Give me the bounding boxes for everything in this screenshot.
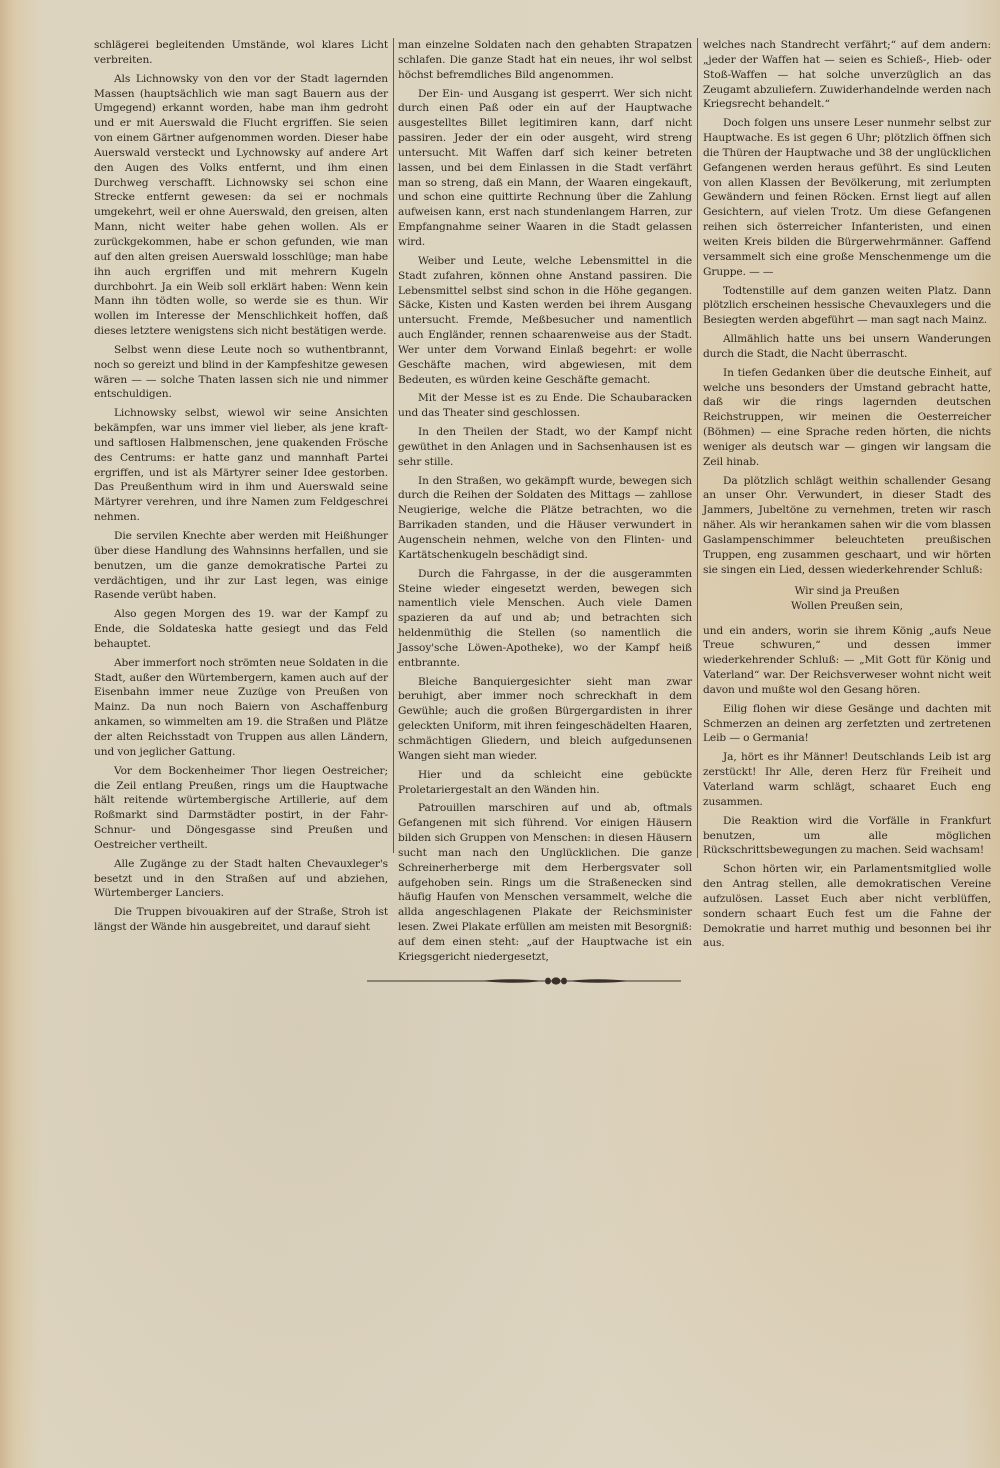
paragraph: Als Lichnowsky von den vor der Stadt lag… [94,72,388,339]
ornamental-rule-icon [365,975,683,987]
paragraph: Schon hörten wir, ein Parlamentsmitglied… [703,862,991,951]
paragraph: Lichnowsky selbst, wiewol wir seine Ansi… [94,406,388,525]
paragraph: welches nach Standrecht verfährt;“ auf d… [703,38,991,112]
paragraph: Allmählich hatte uns bei unsern Wanderun… [703,332,991,362]
paragraph: Doch folgen uns unsere Leser nunmehr sel… [703,116,991,279]
paragraph: Aber immerfort noch strömten neue Soldat… [94,656,388,760]
paragraph: Bleiche Banquiergesichter sieht man zwar… [398,675,692,764]
paragraph: man einzelne Soldaten nach den gehabten … [398,38,692,83]
paragraph: Patrouillen marschiren auf und ab, oftma… [398,801,692,964]
verse-line: Wollen Preußen sein, [703,599,991,614]
column-2: man einzelne Soldaten nach den gehabten … [398,38,692,969]
column-divider-2 [697,38,698,858]
paragraph: Die Reaktion wird die Vorfälle in Frankf… [703,814,991,859]
paragraph: und ein anders, worin sie ihrem König „a… [703,624,991,698]
paragraph: Eilig flohen wir diese Gesänge und dacht… [703,702,991,747]
paragraph: Also gegen Morgen des 19. war der Kampf … [94,607,388,652]
paragraph: Mit der Messe ist es zu Ende. Die Schaub… [398,391,692,421]
paragraph: Da plötzlich schlägt weithin schallender… [703,474,991,578]
paragraph: Todtenstille auf dem ganzen weiten Platz… [703,284,991,329]
paragraph: Der Ein- und Ausgang ist gesperrt. Wer s… [398,87,692,250]
verse-line: Wir sind ja Preußen [703,584,991,599]
paragraph: In tiefen Gedanken über die deutsche Ein… [703,366,991,470]
column-3: welches nach Standrecht verfährt;“ auf d… [703,38,991,955]
paragraph: Ja, hört es ihr Männer! Deutschlands Lei… [703,750,991,809]
column-1: schlägerei begleitenden Umstände, wol kl… [94,38,388,939]
paragraph: Die Truppen bivouakiren auf der Straße, … [94,905,388,935]
paragraph: Alle Zugänge zu der Stadt halten Chevaux… [94,857,388,902]
paragraph: In den Straßen, wo gekämpft wurde, beweg… [398,474,692,563]
paragraph: In den Theilen der Stadt, wo der Kampf n… [398,425,692,470]
paragraph: Durch die Fahrgasse, in der die ausgeram… [398,567,692,671]
paragraph: Selbst wenn diese Leute noch so wuthentb… [94,343,388,402]
paragraph: Die servilen Knechte aber werden mit Hei… [94,529,388,603]
verse-block: Wir sind ja PreußenWollen Preußen sein, [703,584,991,614]
column-divider-1 [393,38,394,853]
paragraph: Weiber und Leute, welche Lebensmittel in… [398,254,692,388]
paragraph: schlägerei begleitenden Umstände, wol kl… [94,38,388,68]
newspaper-page: schlägerei begleitenden Umstände, wol kl… [0,0,1000,1468]
paragraph: Vor dem Bockenheimer Thor liegen Oestrei… [94,764,388,853]
paragraph: Hier und da schleicht eine gebückte Prol… [398,768,692,798]
